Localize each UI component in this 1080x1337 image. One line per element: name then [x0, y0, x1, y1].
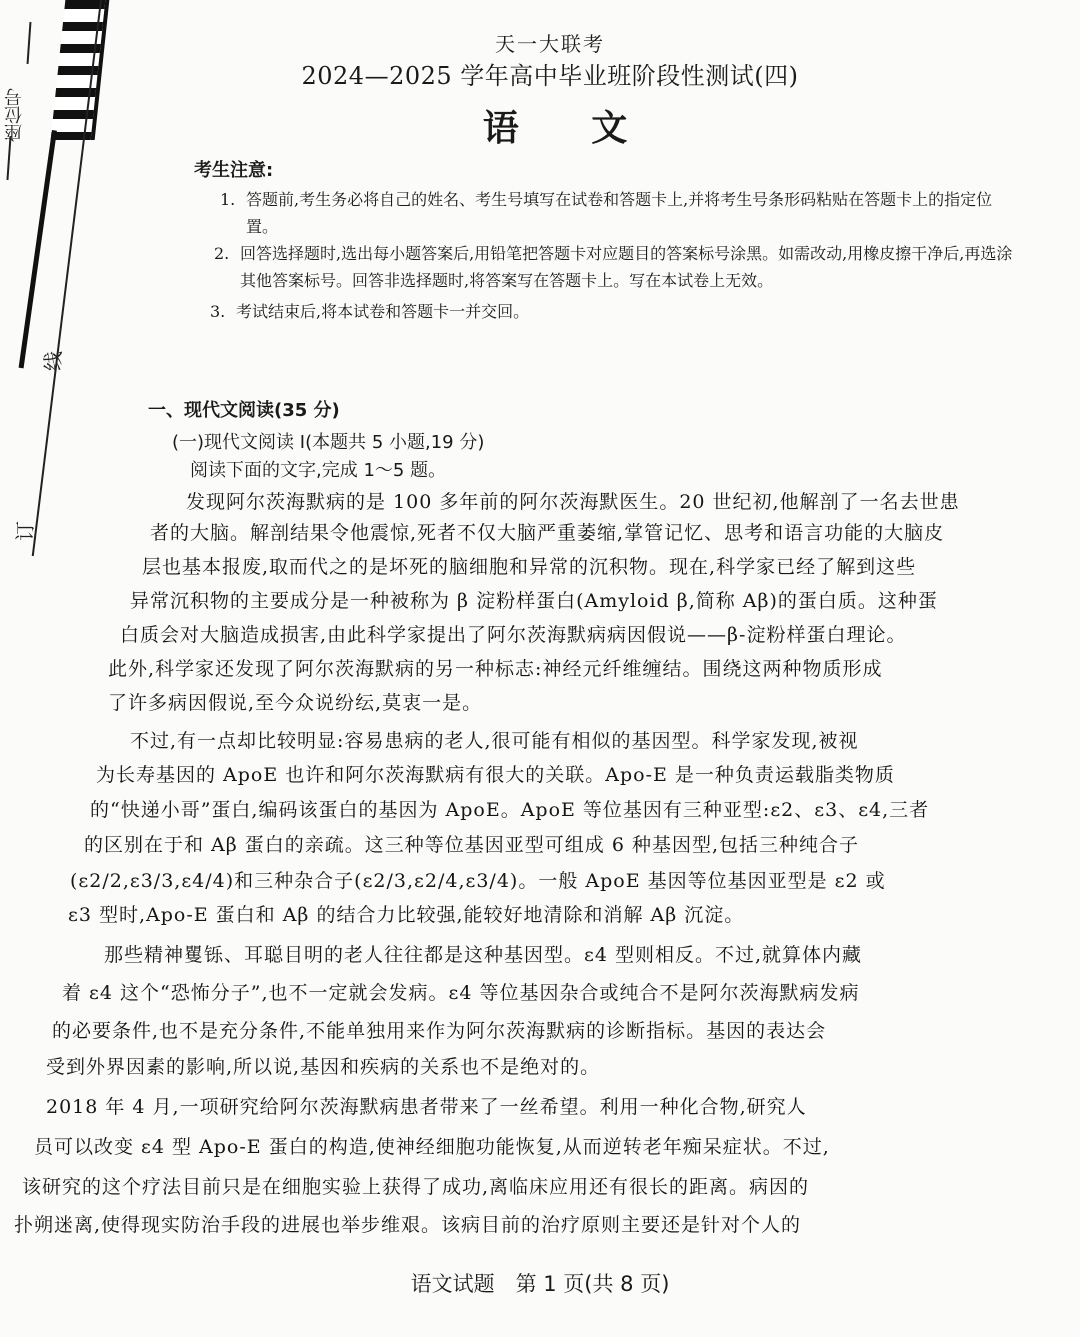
exam-title: 2024—2025 学年高中毕业班阶段性测试(四) [120, 56, 980, 91]
passage-line: 的必要条件,也不是充分条件,不能单独用来作为阿尔茨海默病的诊断指标。基因的表达会 [52, 1016, 826, 1043]
passage-line: 了许多病因假说,至今众说纷纭,莫衷一是。 [108, 688, 482, 715]
notice-item-number: 1. [220, 186, 235, 213]
passage-line: 着 ε4 这个“恐怖分子”,也不一定就会发病。ε4 等位基因杂合或纯合不是阿尔茨… [62, 978, 859, 1005]
binding-cut-line-thick [19, 130, 57, 368]
passage-line: 者的大脑。解剖结果令他震惊,死者不仅大脑严重萎缩,掌管记忆、思考和语言功能的大脑… [150, 518, 944, 545]
notice-item-number: 2. [214, 240, 229, 267]
seat-number-line-top [27, 22, 32, 64]
notice-title: 考生注意: [194, 156, 273, 182]
subject-title: 语 文 [140, 100, 1000, 151]
passage-line: 层也基本报废,取而代之的是坏死的脑细胞和异常的沉积物。现在,科学家已经了解到这些 [142, 552, 916, 579]
notice-list: 1. 答题前,考生务必将自己的姓名、考生号填写在试卷和答题卡上,并将考生号条形码… [220, 186, 1020, 325]
notice-item: 3. 考试结束后,将本试卷和答题卡一并交回。 [210, 298, 1010, 325]
seat-number-label: 座位号 [2, 88, 28, 142]
passage-line: 白质会对大脑造成损害,由此科学家提出了阿尔茨海默病病因假说——β-淀粉样蛋白理论… [120, 620, 906, 647]
section-subtitle: (一)现代文阅读 I(本题共 5 小题,19 分) [172, 428, 484, 454]
notice-item-text: 答题前,考生务必将自己的姓名、考生号填写在试卷和答题卡上,并将考生号条形码粘贴在… [246, 190, 992, 236]
passage-line: 那些精神矍铄、耳聪目明的老人往往都是这种基因型。ε4 型则相反。不过,就算体内藏 [104, 940, 862, 967]
notice-item-text: 考试结束后,将本试卷和答题卡一并交回。 [236, 302, 529, 321]
notice-item-text: 回答选择题时,选出每小题答案后,用铅笔把答题卡对应题目的答案标号涂黑。如需改动,… [240, 244, 1012, 290]
notice-item: 2. 回答选择题时,选出每小题答案后,用铅笔把答题卡对应题目的答案标号涂黑。如需… [214, 240, 1014, 294]
passage-line: 此外,科学家还发现了阿尔茨海默病的另一种标志:神经元纤维缠结。围绕这两种物质形成 [108, 654, 882, 681]
section-title: 一、现代文阅读(35 分) [148, 396, 340, 422]
seat-number-line-bottom [6, 136, 11, 180]
exam-alliance: 天一大联考 [120, 28, 980, 57]
binding-hatch-strip [51, 0, 110, 140]
passage-line: 扑朔迷离,使得现实防治手段的进展也举步维艰。该病目前的治疗原则主要还是针对个人的 [14, 1210, 801, 1237]
binding-label-xian: 线 [43, 348, 63, 377]
notice-item: 1. 答题前,考生务必将自己的姓名、考生号填写在试卷和答题卡上,并将考生号条形码… [220, 186, 1020, 240]
reading-instruction: 阅读下面的文字,完成 1～5 题。 [190, 456, 446, 482]
passage-line: 的区别在于和 Aβ 蛋白的亲疏。这三种等位基因亚型可组成 6 种基因型,包括三种… [84, 830, 859, 857]
passage-line: 员可以改变 ε4 型 Apo-E 蛋白的构造,使神经细胞功能恢复,从而逆转老年痴… [34, 1132, 830, 1159]
passage-line: ε3 型时,Apo-E 蛋白和 Aβ 的结合力比较强,能较好地清除和消解 Aβ … [68, 900, 744, 927]
passage-line: 2018 年 4 月,一项研究给阿尔茨海默病患者带来了一丝希望。利用一种化合物,… [46, 1092, 807, 1119]
passage-line: 的“快递小哥”蛋白,编码该蛋白的基因为 ApoE。ApoE 等位基因有三种亚型:… [90, 795, 929, 822]
passage-line: 该研究的这个疗法目前只是在细胞实验上获得了成功,离临床应用还有很长的距离。病因的 [22, 1172, 809, 1199]
passage-line: 异常沉积物的主要成分是一种被称为 β 淀粉样蛋白(Amyloid β,简称 Aβ… [130, 586, 938, 613]
binding-label-ding: 订 [15, 518, 35, 547]
page-footer: 语文试题 第 1 页(共 8 页) [0, 1268, 1080, 1298]
exam-page: 座位号 线 订 天一大联考 2024—2025 学年高中毕业班阶段性测试(四) … [0, 0, 1080, 1337]
passage-line: (ε2/2,ε3/3,ε4/4)和三种杂合子(ε2/3,ε2/4,ε3/4)。一… [70, 866, 886, 893]
passage-line: 受到外界因素的影响,所以说,基因和疾病的关系也不是绝对的。 [46, 1052, 600, 1079]
notice-item-number: 3. [210, 298, 225, 325]
passage-line: 发现阿尔茨海默病的是 100 多年前的阿尔茨海默医生。20 世纪初,他解剖了一名… [186, 487, 960, 514]
passage-line: 为长寿基因的 ApoE 也许和阿尔茨海默病有很大的关联。Apo-E 是一种负责运… [96, 760, 895, 787]
passage-line: 不过,有一点却比较明显:容易患病的老人,很可能有相似的基因型。科学家发现,被视 [130, 726, 859, 753]
